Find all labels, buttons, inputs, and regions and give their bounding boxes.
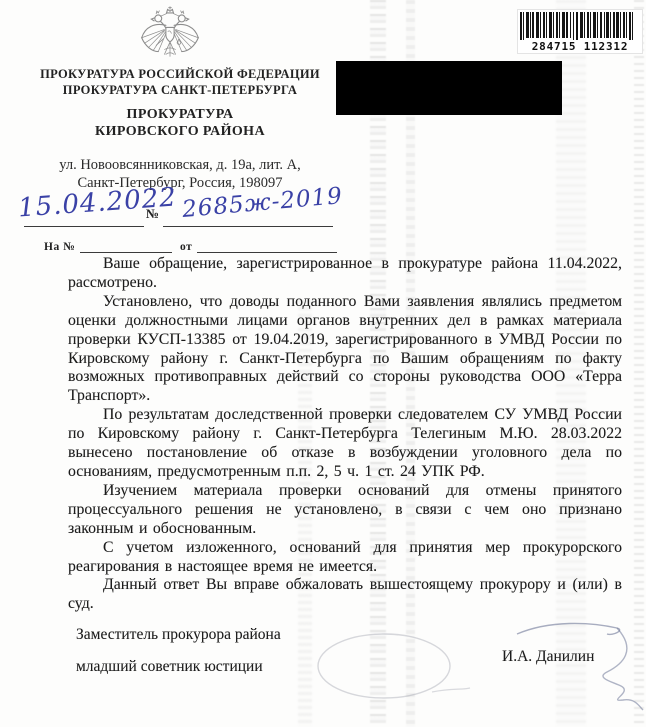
body-paragraph: Установлено, что доводы поданного Вами з… [68, 293, 622, 406]
number-underline [163, 226, 333, 227]
date-underline [24, 226, 144, 227]
barcode-digits: 284715 112312 [520, 40, 640, 53]
reply-to-number-label: На № [44, 241, 75, 253]
body-paragraph: С учетом изложенного, оснований для прин… [68, 539, 622, 577]
address-city: Санкт-Петербург, Россия, 198097 [20, 174, 340, 192]
scan-artifact-streak [634, 0, 644, 727]
signer-position-line2: младший советник юстиции [76, 658, 263, 676]
org-name-federation: ПРОКУРАТУРА РОССИЙСКОЙ ФЕДЕРАЦИИ [20, 66, 340, 82]
signer-name: И.А. Данилин [502, 648, 594, 666]
letter-body: Ваше обращение, зарегистрированное в про… [68, 255, 622, 614]
dept-name-line2: КИРОВСКОГО РАЙОНА [20, 123, 340, 140]
scanned-letter-page: ПРОКУРАТУРА РОССИЙСКОЙ ФЕДЕРАЦИИ ПРОКУРА… [0, 0, 646, 727]
dept-name-line1: ПРОКУРАТУРА [20, 106, 340, 123]
reply-number-underline [80, 252, 172, 253]
handwritten-signature [495, 612, 645, 724]
faint-stamp-oval [312, 628, 472, 710]
redaction-box [336, 61, 562, 115]
address-street: ул. Новоовсянниковская, д. 19а, лит. А, [20, 156, 340, 174]
coat-of-arms-eagle-icon [134, 6, 206, 64]
signer-position-line1: Заместитель прокурора района [76, 626, 281, 644]
org-name-city: ПРОКУРАТУРА САНКТ-ПЕТЕРБУРГА [20, 82, 340, 98]
letterhead: ПРОКУРАТУРА РОССИЙСКОЙ ФЕДЕРАЦИИ ПРОКУРА… [20, 66, 340, 192]
body-paragraph: По результатам доследственной проверки с… [68, 406, 622, 482]
body-paragraph: Ваше обращение, зарегистрированное в про… [68, 255, 622, 293]
reply-date-underline [197, 252, 337, 253]
body-paragraph: Данный ответ Вы вправе обжаловать вышест… [68, 576, 622, 614]
barcode: 284715 112312 [517, 9, 643, 54]
barcode-bars [520, 12, 634, 40]
reply-from-label: от [180, 241, 192, 253]
number-sign: № [146, 206, 159, 222]
body-paragraph: Изучением материала проверки оснований д… [68, 482, 622, 539]
